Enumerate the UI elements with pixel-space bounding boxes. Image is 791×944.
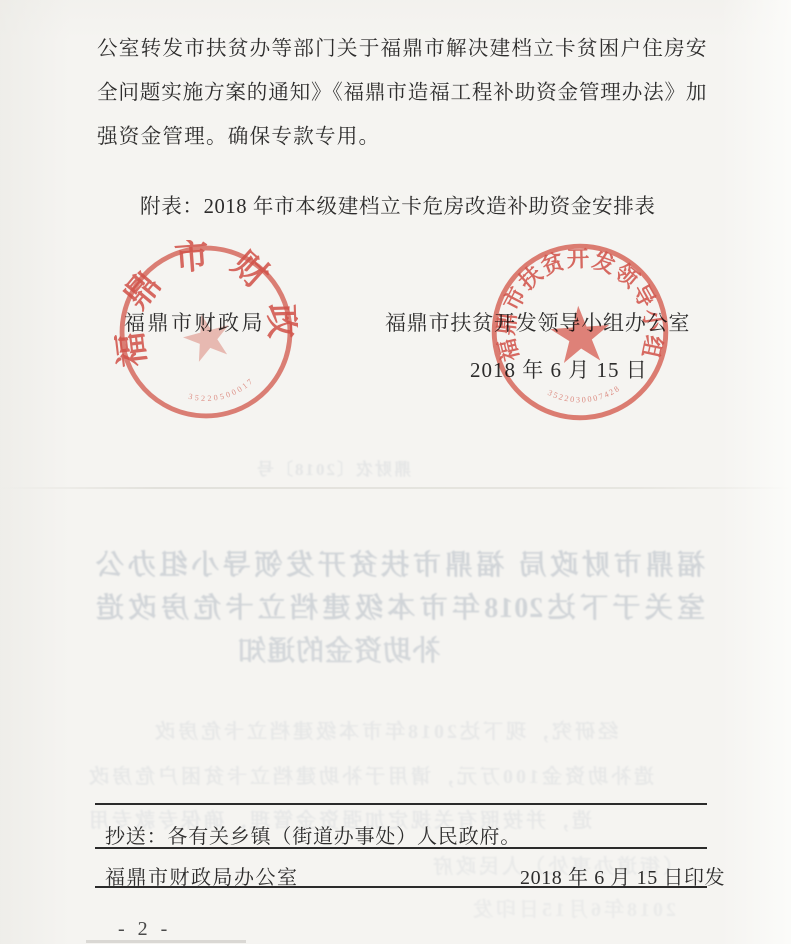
footer-divider xyxy=(95,886,707,888)
paragraph-line: 全问题实施方案的通知》《福鼎市造福工程补助资金管理办法》加 xyxy=(97,81,707,105)
paragraph-line: 强资金管理。确保专款专用。 xyxy=(97,125,707,149)
footer-divider xyxy=(95,803,707,805)
cc-line: 抄送：各有关乡镇（街道办事处）人民政府。 xyxy=(105,820,521,849)
right-signature-org: 福鼎市扶贫开发领导小组办公室 xyxy=(385,307,690,337)
page-number: - 2 - xyxy=(118,918,171,941)
bleedthrough-body-row: 2018年6月15日印发 xyxy=(470,893,676,922)
paragraph-line: 公室转发市扶贫办等部门关于福鼎市解决建档立卡贫困户住房安 xyxy=(97,37,707,61)
left-signature-org: 福鼎市财政局 xyxy=(124,307,265,337)
seal-serial-number: 3522030007428 xyxy=(546,383,623,407)
signature-date: 2018 年 6 月 15 日 xyxy=(470,354,648,384)
bleedthrough-doc-number: 鼎财农〔2018〕号 xyxy=(255,455,411,480)
bleedthrough-title-line: 补助资金的通知 xyxy=(237,629,440,669)
bleedthrough-body-row: 经研究，现下达2018年市本级建档立卡危房改 xyxy=(152,715,618,744)
bleedthrough-body-row: 造补助资金100万元，请用于补助建档立卡贫困户危房改 xyxy=(86,760,654,789)
scan-streak xyxy=(0,487,791,489)
svg-text:3522030007428: 3522030007428 xyxy=(546,383,623,407)
bleedthrough-title-line: 福鼎市财政局 福鼎市扶贫开发领导小组办公 xyxy=(95,543,705,583)
attachment-line: 附表：2018 年市本级建档立卡危房改造补助资金安排表 xyxy=(140,189,656,219)
scanned-document-page: 公室转发市扶贫办等部门关于福鼎市解决建档立卡贫困户住房安 全问题实施方案的通知》… xyxy=(0,0,791,944)
footer-divider xyxy=(95,847,707,849)
bleedthrough-title-line: 室关于下达2018年市本级建档立卡危房改造 xyxy=(95,586,705,626)
